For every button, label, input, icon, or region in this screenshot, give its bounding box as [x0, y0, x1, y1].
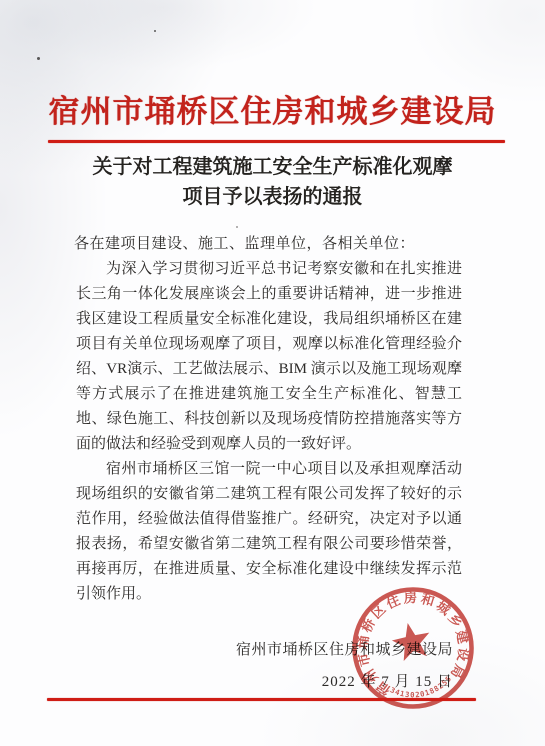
ink-speck — [236, 226, 238, 228]
body-paragraph-1: 为深入学习贯彻习近平总书记考察安徽和在扎实推进长三角一体化发展座谈会上的重要讲话… — [76, 257, 462, 457]
notice-body: 为深入学习贯彻习近平总书记考察安徽和在扎实推进长三角一体化发展座谈会上的重要讲话… — [76, 257, 462, 607]
document-title-line1: 关于对工程建筑施工安全生产标准化观摩 — [0, 152, 545, 182]
ink-speck — [37, 57, 40, 60]
footer-divider-line — [47, 698, 476, 701]
document-title-line2: 项目予以表扬的通报 — [0, 182, 545, 212]
document-title: 关于对工程建筑施工安全生产标准化观摩 项目予以表扬的通报 — [0, 152, 545, 212]
salutation: 各在建项目建设、施工、监理单位，各相关单位： — [74, 232, 415, 253]
official-seal: 宿州市埇桥区住房和城乡建设局 3413020188255 — [337, 572, 489, 724]
scanned-notice-page: 宿州市埇桥区住房和城乡建设局 关于对工程建筑施工安全生产标准化观摩 项目予以表扬… — [0, 0, 545, 746]
seal-star-icon — [389, 619, 434, 663]
ink-speck — [154, 30, 156, 32]
header-divider-line — [48, 140, 505, 143]
agency-header: 宿州市埇桥区住房和城乡建设局 — [0, 86, 545, 131]
